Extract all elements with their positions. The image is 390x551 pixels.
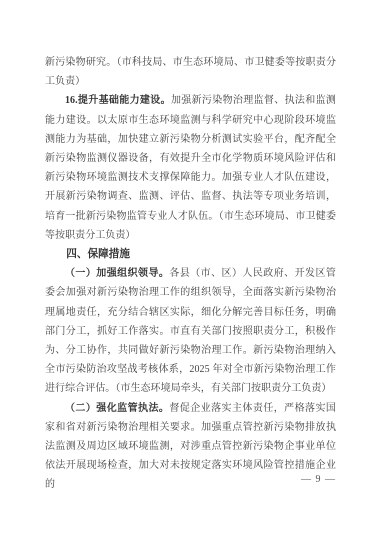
section-4-heading: 四、保障措施 <box>45 245 336 264</box>
page-number: — 9 — <box>301 474 336 485</box>
item-4-1-lead: （一）加强组织领导。 <box>65 268 169 279</box>
item-16-text: 加强新污染物治理监督、执法和监测能力建设。以太原市生态环境监测与科学研究中心现阶… <box>45 95 336 240</box>
item-16-lead: 16.提升基础能力建设。 <box>65 95 171 106</box>
paragraph-15-continuation-text: 新污染物研究。（市科技局、市生态环境局、市卫健委等按职责分工负责） <box>45 57 336 87</box>
paragraph-15-continuation: 新污染物研究。（市科技局、市生态环境局、市卫健委等按职责分工负责） <box>45 53 336 91</box>
paragraph-item-4-1: （一）加强组织领导。各县（市、区）人民政府、开发区管委会加强对新污染物治理工作的… <box>45 264 336 398</box>
document-body: 新污染物研究。（市科技局、市生态环境局、市卫健委等按职责分工负责） 16.提升基… <box>45 53 336 495</box>
item-4-2-lead: （二）强化监管执法。 <box>65 403 169 414</box>
item-4-1-text: 各县（市、区）人民政府、开发区管委会加强对新污染物治理工作的组织领导，全面落实新… <box>45 268 336 394</box>
paragraph-item-4-2: （二）强化监管执法。督促企业落实主体责任，严格落实国家和省对新污染物治理相关要求… <box>45 399 336 495</box>
document-page: 新污染物研究。（市科技局、市生态环境局、市卫健委等按职责分工负责） 16.提升基… <box>0 0 390 551</box>
paragraph-item-16: 16.提升基础能力建设。加强新污染物治理监督、执法和监测能力建设。以太原市生态环… <box>45 91 336 245</box>
item-4-2-text: 督促企业落实主体责任，严格落实国家和省对新污染物治理相关要求。加强重点管控新污染… <box>45 403 336 491</box>
